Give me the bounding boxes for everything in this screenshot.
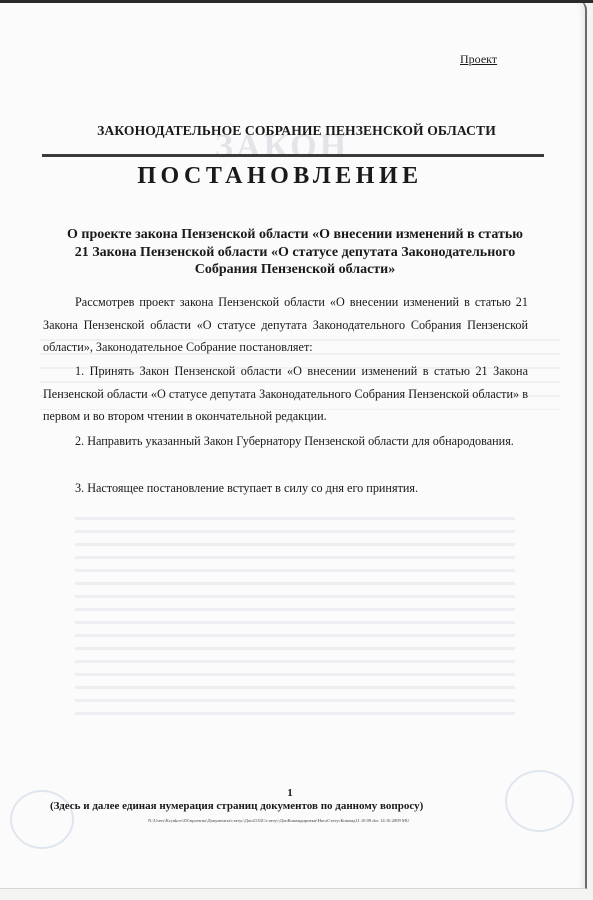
resolution-item-text: 2. Направить указанный Закон Губернатору… <box>43 430 528 453</box>
header-divider <box>42 154 544 157</box>
file-path-footer: N:\Users\Kryukov\ZS\проекты\Документы\ст… <box>148 818 409 823</box>
scan-top-edge <box>0 0 593 3</box>
document-type-title: ПОСТАНОВЛЕНИЕ <box>0 163 560 190</box>
bleed-through-text-block <box>75 510 515 720</box>
preamble-paragraph: Рассмотрев проект закона Пензенской обла… <box>43 291 528 359</box>
resolution-item-2: 2. Направить указанный Закон Губернатору… <box>43 430 528 453</box>
pagination-note: (Здесь и далее единая нумерация страниц … <box>50 800 423 812</box>
resolution-item-1: 1. Принять Закон Пензенской области «О в… <box>43 360 528 428</box>
organization-title: ЗАКОНОДАТЕЛЬНОЕ СОБРАНИЕ ПЕНЗЕНСКОЙ ОБЛА… <box>0 123 593 139</box>
page-number: 1 <box>0 787 580 799</box>
resolution-item-3: 3. Настоящее постановление вступает в си… <box>43 477 528 500</box>
project-label: Проект <box>460 52 497 67</box>
document-page: ЗАКОН Проект ЗАКОНОДАТЕЛЬНОЕ СОБРАНИЕ ПЕ… <box>0 0 587 889</box>
preamble-text: Рассмотрев проект закона Пензенской обла… <box>43 291 528 359</box>
document-subject: О проекте закона Пензенской области «О в… <box>60 226 530 279</box>
resolution-item-text: 3. Настоящее постановление вступает в си… <box>43 477 528 500</box>
faint-stamp-right <box>505 770 574 832</box>
resolution-item-text: 1. Принять Закон Пензенской области «О в… <box>43 360 528 428</box>
